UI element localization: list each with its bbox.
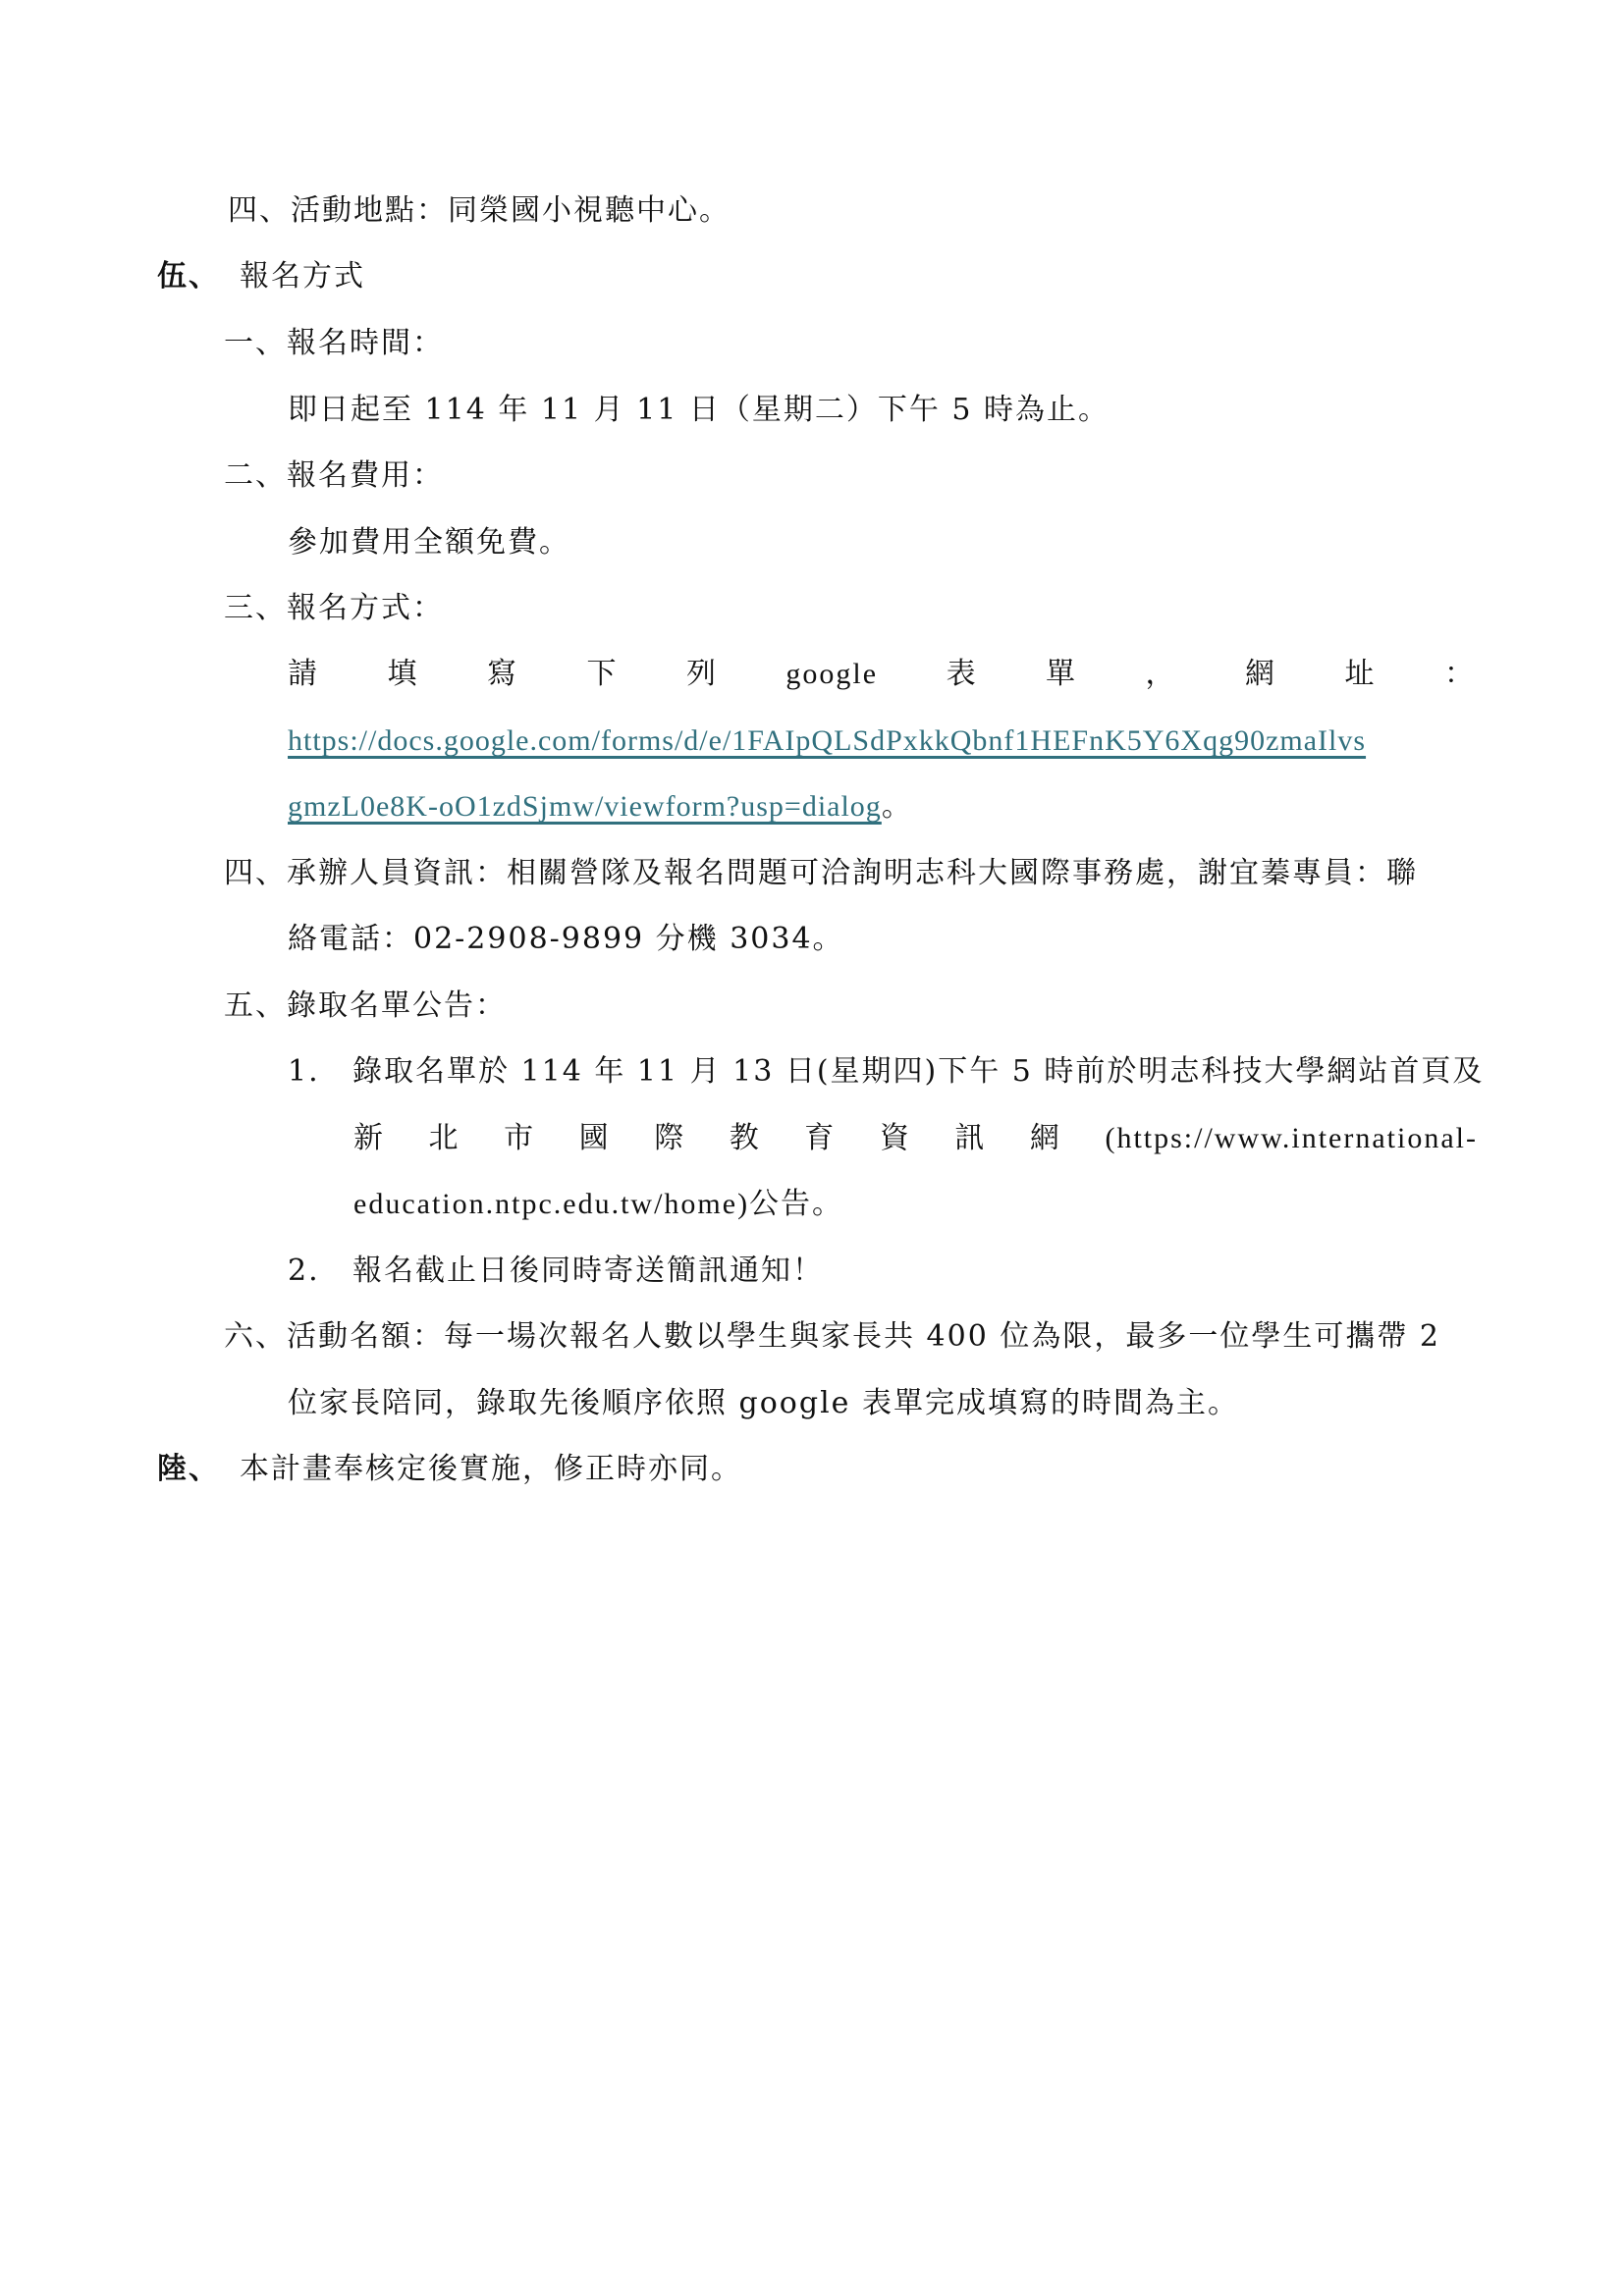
contact-info-line2: 絡電話：02-2908-9899 分機 3034。 [288, 920, 844, 959]
registration-time-label: 一、報名時間： [224, 324, 444, 363]
link-period: 。 [882, 789, 913, 824]
word: 訊 [954, 1119, 986, 1158]
section-number: 伍、 [157, 259, 220, 294]
announcement-item-2: 2.報名截止日後同時寄送簡訊通知！ [288, 1252, 824, 1291]
list-text: 報名截止日後同時寄送簡訊通知！ [352, 1254, 824, 1288]
announcement-item-1-line1: 1.錄取名單於 114 年 11 月 13 日(星期四)下午 5 時前於明志科技… [288, 1052, 1484, 1092]
registration-method-label: 三、報名方式： [224, 589, 444, 628]
google-form-link[interactable]: https://docs.google.com/forms/d/e/1FAIpQ… [288, 724, 1366, 757]
document-page: 四、活動地點：同榮國小視聽中心。 伍、報名方式 一、報名時間： 即日起至 114… [0, 0, 1624, 2296]
section-heading-registration: 伍、報名方式 [157, 257, 365, 296]
list-text: 錄取名單於 114 年 11 月 13 日(星期四)下午 5 時前於明志科技大學… [352, 1054, 1484, 1089]
intro-word: 列 [686, 655, 718, 694]
word: 網 [1030, 1119, 1061, 1158]
announcement-item-1-line3: education.ntpc.edu.tw/home)公告。 [353, 1185, 843, 1224]
intro-word: google [785, 655, 878, 694]
section-title: 報名方式 [240, 259, 365, 294]
international-education-url: (https://www.international- [1105, 1119, 1478, 1158]
google-form-link-line2: gmzL0e8K-oO1zdSjmw/viewform?usp=dialog。 [288, 787, 913, 827]
registration-time-text: 即日起至 114 年 11 月 11 日（星期二）下午 5 時為止。 [288, 391, 1110, 430]
google-form-link-continued[interactable]: gmzL0e8K-oO1zdSjmw/viewform?usp=dialog [288, 790, 882, 823]
word: 新 [353, 1119, 385, 1158]
section-number: 陸、 [157, 1452, 220, 1486]
word: 資 [880, 1119, 911, 1158]
intro-word: 請 [288, 655, 319, 694]
word: 市 [504, 1119, 535, 1158]
registration-fee-text: 參加費用全額免費。 [288, 523, 570, 562]
word: 北 [429, 1119, 460, 1158]
intro-word: 單 [1046, 655, 1077, 694]
word: 際 [654, 1119, 685, 1158]
intro-word: 寫 [487, 655, 518, 694]
quota-line1: 六、活動名額：每一場次報名人數以學生與家長共 400 位為限，最多一位學生可攜帶… [224, 1317, 1440, 1357]
intro-word: 表 [947, 655, 978, 694]
word: 教 [730, 1119, 761, 1158]
intro-word: 址 [1345, 655, 1377, 694]
list-number: 2. [288, 1252, 352, 1291]
google-form-link-line1: https://docs.google.com/forms/d/e/1FAIpQ… [288, 721, 1476, 761]
admission-announcement-label: 五、錄取名單公告： [224, 987, 507, 1026]
section-text: 本計畫奉核定後實施，修正時亦同。 [240, 1452, 742, 1486]
contact-info-line1: 四、承辦人員資訊：相關營隊及報名問題可洽詢明志科大國際事務處，謝宜蓁專員：聯 [224, 854, 1418, 893]
list-number: 1. [288, 1052, 352, 1092]
intro-word: 填 [387, 655, 418, 694]
intro-word: ： [1444, 655, 1476, 694]
word: 國 [579, 1119, 611, 1158]
intro-word: ， [1146, 655, 1177, 694]
intro-word: 網 [1245, 655, 1276, 694]
announcement-item-1-line2: 新 北 市 國 際 教 育 資 訊 網 (https://www.interna… [353, 1119, 1478, 1158]
activity-location: 四、活動地點：同榮國小視聽中心。 [228, 191, 731, 231]
intro-word: 下 [586, 655, 618, 694]
registration-method-intro: 請 填 寫 下 列 google 表 單 ， 網 址 ： [288, 655, 1476, 694]
word: 育 [804, 1119, 836, 1158]
section-heading-implementation: 陸、本計畫奉核定後實施，修正時亦同。 [157, 1450, 742, 1489]
quota-line2: 位家長陪同，錄取先後順序依照 google 表單完成填寫的時間為主。 [288, 1384, 1239, 1423]
registration-fee-label: 二、報名費用： [224, 456, 444, 496]
